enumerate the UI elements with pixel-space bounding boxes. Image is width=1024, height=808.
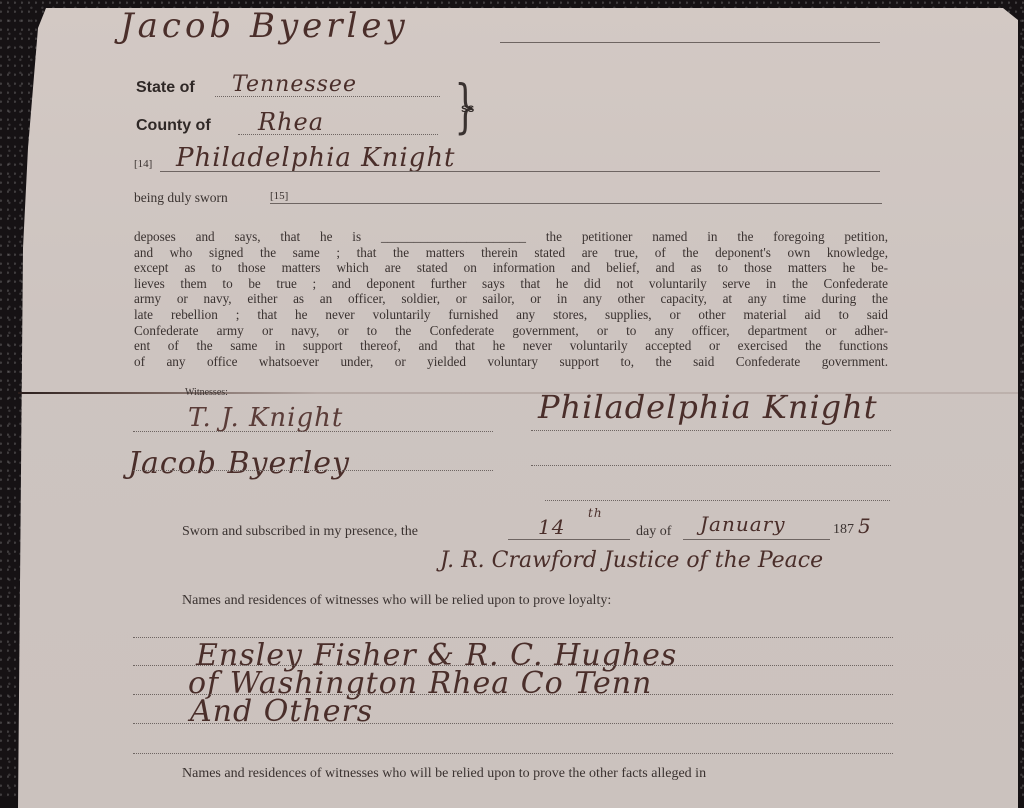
affidavit-body: deposes and says, that he is ___________…: [134, 229, 888, 369]
signature-line-2: [531, 465, 891, 466]
witness-signature-1: T. J. Knight: [188, 403, 343, 433]
sworn-line: [270, 203, 882, 204]
marker-14: [14]: [134, 158, 152, 170]
deponent-signature: Philadelphia Knight: [538, 388, 878, 426]
jurat-prefix: Sworn and subscribed in my presence, the: [182, 524, 418, 540]
body-line: Confederate army or navy, or to the Conf…: [134, 323, 888, 339]
witnesses-label: Witnesses:: [185, 387, 228, 398]
header-signature: Jacob Byerley: [120, 6, 409, 46]
ss-label: ss: [461, 101, 474, 115]
county-value: Rhea: [258, 108, 324, 136]
body-line: army or navy, either as an officer, sold…: [134, 291, 888, 307]
deponent-line: [160, 171, 880, 172]
year-printed: 187: [833, 522, 854, 538]
month-line: [683, 539, 830, 540]
day-of-label: day of: [636, 524, 671, 540]
marker-15: [15]: [270, 190, 288, 202]
body-line: of any office whatsoever under, or yield…: [134, 354, 888, 370]
county-label: County of: [136, 117, 211, 135]
body-line: lieves them to be true ; and deponent fu…: [134, 276, 888, 292]
witness-line-2: [133, 470, 493, 471]
day-value: 14: [538, 515, 565, 539]
justice-signature: J. R. Crawford Justice of the Peace: [440, 548, 823, 573]
body-line: late rebellion ; that he never voluntari…: [134, 307, 888, 323]
witness-signature-2: Jacob Byerley: [128, 446, 350, 481]
state-value: Tennessee: [232, 72, 357, 97]
day-suffix: th: [588, 506, 603, 520]
loyalty-witnesses-label: Names and residences of witnesses who wi…: [182, 593, 611, 609]
witness-line-1: [133, 431, 493, 432]
year-handwritten: 5: [858, 514, 872, 538]
other-facts-label: Names and residences of witnesses who wi…: [182, 766, 706, 782]
month-value: January: [700, 512, 786, 536]
header-signature-line: [500, 42, 880, 43]
body-line: except as to those matters which are sta…: [134, 260, 888, 276]
state-line: [215, 96, 440, 97]
signature-line-3: [545, 500, 890, 501]
loyalty-line-5: [133, 753, 893, 754]
body-line: deposes and says, that he is ___________…: [134, 229, 888, 245]
deponent-signature-line: [531, 430, 891, 431]
body-line: and who signed the same ; that the matte…: [134, 245, 888, 261]
day-line: [508, 539, 630, 540]
county-line: [238, 134, 438, 135]
deponent-name: Philadelphia Knight: [176, 143, 456, 173]
loyalty-line-4: [133, 723, 893, 724]
body-line: ent of the same in support thereof, and …: [134, 338, 888, 354]
sworn-label: being duly sworn: [134, 190, 228, 206]
state-label: State of: [136, 79, 195, 97]
